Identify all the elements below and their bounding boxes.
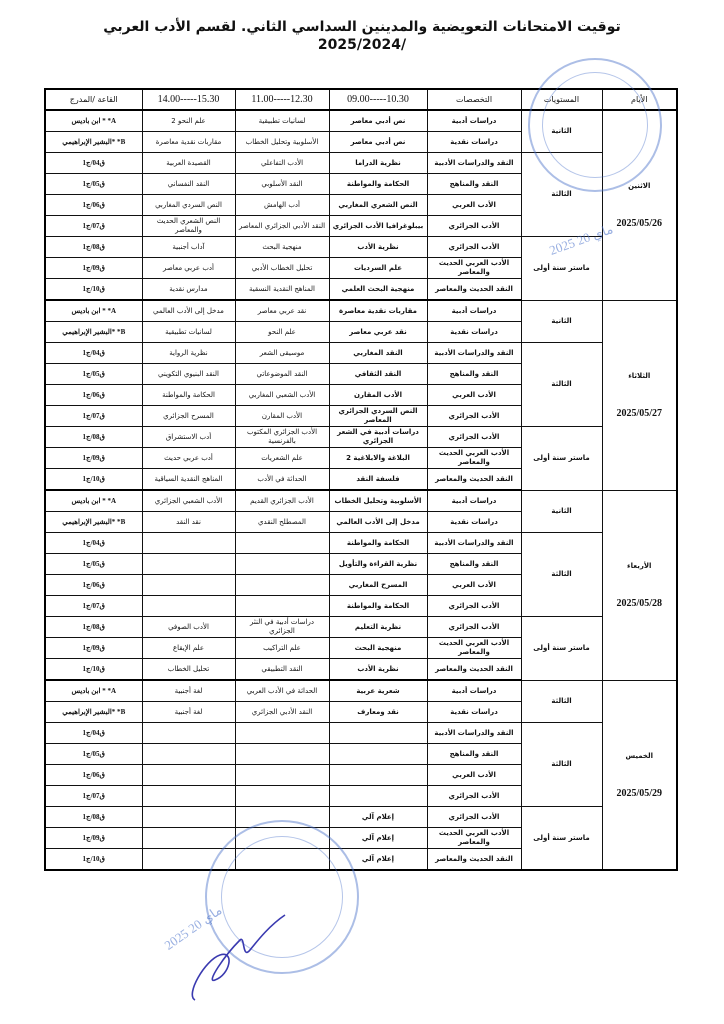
slot-3-cell [142, 533, 235, 554]
day-name: الخميس [625, 752, 653, 760]
slot-3-cell: أدب عربي حديث [142, 448, 235, 469]
slot-3-cell: مدارس نقدية [142, 279, 235, 301]
specialty-cell: الأدب العربي الحديث والمعاصر [427, 448, 521, 469]
room-cell: A* * ابن باديس [45, 490, 142, 512]
specialty-cell: النقد والمناهج [427, 554, 521, 575]
specialty-cell: دراسات أدبية [427, 490, 521, 512]
day-name: الأربعاء [627, 562, 651, 570]
table-row: ماستر سنة أولىالأدب الجزائرينظرية التعلي… [45, 617, 677, 638]
table-row: ماستر سنة أولىالأدب الجزائرينظرية الأدبم… [45, 237, 677, 258]
specialty-cell: النقد والمناهج [427, 744, 521, 765]
document-title: توقيت الامتحانات التعويضية والمدينين الس… [0, 18, 724, 54]
table-row: ماستر سنة أولىالأدب الجزائريإعلام آليق08… [45, 807, 677, 828]
slot-2-cell [235, 828, 329, 849]
header-specialties: التخصصات [427, 89, 521, 110]
room-cell: ق05/ج1 [45, 364, 142, 385]
slot-1-cell: إعلام آلي [329, 849, 427, 871]
room-cell: B* *البشير الإبراهيمي [45, 322, 142, 343]
room-cell: ق06/ج1 [45, 385, 142, 406]
slot-2-cell: الأسلوبية وتحليل الخطاب [235, 132, 329, 153]
specialty-cell: دراسات نقدية [427, 702, 521, 723]
room-cell: A* * ابن باديس [45, 300, 142, 322]
specialty-cell: الأدب الجزائري [427, 237, 521, 258]
slot-3-cell: أدب عربي معاصر [142, 258, 235, 279]
room-cell: B* *البشير الإبراهيمي [45, 512, 142, 533]
slot-1-cell [329, 765, 427, 786]
room-cell: ق04/ج1 [45, 533, 142, 554]
slot-2-cell: أدب الهامش [235, 195, 329, 216]
specialty-cell: النقد والدراسات الأدبية [427, 533, 521, 554]
day-cell: الثلاثاء2025/05/27 [602, 300, 677, 490]
day-date: 2025/05/29 [605, 789, 675, 798]
specialty-cell: النقد والدراسات الأدبية [427, 153, 521, 174]
specialty-cell: النقد والمناهج [427, 364, 521, 385]
slot-1-cell: إعلام آلي [329, 807, 427, 828]
slot-1-cell: المسرح المغاربي [329, 575, 427, 596]
header-days: الأيام [602, 89, 677, 110]
room-cell: ق07/ج1 [45, 596, 142, 617]
table-row: الثلاثاء2025/05/27الثانيةدراسات أدبيةمقا… [45, 300, 677, 322]
level-cell: الثالثة [521, 723, 602, 807]
slot-3-cell: النص السردي المغاربي [142, 195, 235, 216]
slot-2-cell [235, 723, 329, 744]
level-cell: الثانية [521, 300, 602, 343]
slot-2-cell [235, 849, 329, 871]
slot-1-cell [329, 744, 427, 765]
slot-1-cell: نظرية الأدب [329, 659, 427, 681]
slot-1-cell: نظرية الأدب [329, 237, 427, 258]
slot-3-cell [142, 765, 235, 786]
slot-1-cell: شعرية عربية [329, 680, 427, 702]
slot-3-cell [142, 554, 235, 575]
slot-2-cell: منهجية البحث [235, 237, 329, 258]
level-cell: ماستر سنة أولى [521, 617, 602, 681]
slot-3-cell: مدخل إلى الأدب العالمي [142, 300, 235, 322]
table-row: الثالثةالنقد والدراسات الأدبيةالحكامة وا… [45, 533, 677, 554]
slot-3-cell: لغة أجنبية [142, 680, 235, 702]
slot-1-cell: الحكامة والمواطنة [329, 174, 427, 195]
specialty-cell: الأدب العربي [427, 195, 521, 216]
slot-1-cell: علم السرديات [329, 258, 427, 279]
slot-2-cell [235, 807, 329, 828]
slot-3-cell: المناهج النقدية السياقية [142, 469, 235, 491]
slot-2-cell: موسيقى الشعر [235, 343, 329, 364]
slot-2-cell: النقد الأسلوبي [235, 174, 329, 195]
slot-1-cell: نظرية التعليم [329, 617, 427, 638]
level-cell: ماستر سنة أولى [521, 237, 602, 301]
header-slot-2: 12.30-----11.00 [235, 89, 329, 110]
slot-1-cell: الأدب المقارن [329, 385, 427, 406]
slot-2-cell: النقد الأدبي الجزائري [235, 702, 329, 723]
specialty-cell: دراسات نقدية [427, 132, 521, 153]
slot-2-cell [235, 744, 329, 765]
specialty-cell: الأدب العربي الحديث والمعاصر [427, 258, 521, 279]
slot-3-cell: أدب الاستشراق [142, 427, 235, 448]
room-cell: A* * ابن باديس [45, 110, 142, 132]
day-date: 2025/05/26 [605, 219, 675, 228]
specialty-cell: دراسات نقدية [427, 512, 521, 533]
header-levels: المستويات [521, 89, 602, 110]
table-row: الأربعاء2025/05/28الثانيةدراسات أدبيةالأ… [45, 490, 677, 512]
specialty-cell: دراسات أدبية [427, 110, 521, 132]
slot-1-cell: بيبلوغرافيا الأدب الجزائري [329, 216, 427, 237]
specialty-cell: النقد الحديث والمعاصر [427, 279, 521, 301]
room-cell: ق06/ج1 [45, 195, 142, 216]
slot-3-cell: تحليل الخطاب [142, 659, 235, 681]
slot-2-cell: النقد الأدبي الجزائري المعاصر [235, 216, 329, 237]
slot-2-cell: علم النحو [235, 322, 329, 343]
slot-3-cell: الأدب الشعبي الجزائري [142, 490, 235, 512]
room-cell: ق10/ج1 [45, 849, 142, 871]
slot-2-cell [235, 786, 329, 807]
slot-1-cell: الحكامة والمواطنة [329, 533, 427, 554]
room-cell: ق09/ج1 [45, 828, 142, 849]
slot-2-cell: الأدب الجزائري القديم [235, 490, 329, 512]
table-row: الثالثةالنقد والدراسات الأدبيةق04/ج1 [45, 723, 677, 744]
slot-3-cell: نقد النقد [142, 512, 235, 533]
exam-schedule-table: الأيام المستويات التخصصات 10.30-----09.0… [44, 88, 678, 871]
room-cell: ق07/ج1 [45, 216, 142, 237]
slot-2-cell: الأدب الشعبي المغاربي [235, 385, 329, 406]
slot-1-cell: الأسلوبية وتحليل الخطاب [329, 490, 427, 512]
slot-2-cell: علم التراكيب [235, 638, 329, 659]
room-cell: ق05/ج1 [45, 744, 142, 765]
room-cell: ق10/ج1 [45, 659, 142, 681]
room-cell: ق04/ج1 [45, 153, 142, 174]
slot-1-cell: النقد الثقافي [329, 364, 427, 385]
level-cell: الثالثة [521, 153, 602, 237]
slot-1-cell [329, 723, 427, 744]
room-cell: A* * ابن باديس [45, 680, 142, 702]
slot-3-cell: لغة أجنبية [142, 702, 235, 723]
slot-3-cell: النقد النفساني [142, 174, 235, 195]
slot-3-cell [142, 849, 235, 871]
level-cell: الثالثة [521, 680, 602, 723]
slot-2-cell: المناهج النقدية النسقية [235, 279, 329, 301]
slot-3-cell: النص الشعري الحديث والمعاصر [142, 216, 235, 237]
room-cell: ق06/ج1 [45, 575, 142, 596]
slot-3-cell [142, 744, 235, 765]
room-cell: ق08/ج1 [45, 237, 142, 258]
room-cell: ق09/ج1 [45, 638, 142, 659]
level-cell: الثانية [521, 490, 602, 533]
specialty-cell: النقد والمناهج [427, 174, 521, 195]
room-cell: ق10/ج1 [45, 469, 142, 491]
slot-3-cell: القصيدة العربية [142, 153, 235, 174]
room-cell: ق06/ج1 [45, 765, 142, 786]
level-cell: ماستر سنة أولى [521, 427, 602, 491]
specialty-cell: النقد الحديث والمعاصر [427, 659, 521, 681]
slot-3-cell: المسرح الجزائري [142, 406, 235, 427]
room-cell: ق10/ج1 [45, 279, 142, 301]
slot-3-cell: مقاربات نقدية معاصرة [142, 132, 235, 153]
room-cell: ق05/ج1 [45, 174, 142, 195]
room-cell: ق08/ج1 [45, 427, 142, 448]
slot-2-cell: علم الشعريات [235, 448, 329, 469]
specialty-cell: دراسات أدبية [427, 680, 521, 702]
header-room: القاعة /المدرج [45, 89, 142, 110]
slot-3-cell [142, 786, 235, 807]
slot-3-cell: علم الإيقاع [142, 638, 235, 659]
slot-1-cell: مدخل إلى الأدب العالمي [329, 512, 427, 533]
slot-2-cell: النقد الموضوعاتي [235, 364, 329, 385]
specialty-cell: الأدب الجزائري [427, 427, 521, 448]
slot-2-cell [235, 554, 329, 575]
room-cell: ق09/ج1 [45, 258, 142, 279]
header-slot-3: 15.30-----14.00 [142, 89, 235, 110]
slot-1-cell: نص أدبي معاصر [329, 132, 427, 153]
day-date: 2025/05/27 [605, 409, 675, 418]
slot-1-cell: دراسات أدبية في الشعر الجزائري [329, 427, 427, 448]
header-row: الأيام المستويات التخصصات 10.30-----09.0… [45, 89, 677, 110]
slot-1-cell: منهجية البحث العلمي [329, 279, 427, 301]
specialty-cell: الأدب العربي الحديث والمعاصر [427, 828, 521, 849]
specialty-cell: الأدب الجزائري [427, 596, 521, 617]
specialty-cell: الأدب العربي [427, 765, 521, 786]
date-stamp-bottom: 2025 ماي 20 [161, 902, 225, 953]
slot-3-cell: نظرية الرواية [142, 343, 235, 364]
slot-2-cell: تحليل الخطاب الأدبي [235, 258, 329, 279]
slot-3-cell [142, 596, 235, 617]
slot-2-cell: لسانيات تطبيقية [235, 110, 329, 132]
slot-2-cell: الحداثة في الأدب العربي [235, 680, 329, 702]
slot-1-cell: نص أدبي معاصر [329, 110, 427, 132]
specialty-cell: الأدب العربي [427, 575, 521, 596]
room-cell: B* *البشير الإبراهيمي [45, 132, 142, 153]
slot-2-cell: الأدب التفاعلي [235, 153, 329, 174]
day-name: الاثنين [628, 182, 650, 190]
day-cell: الأربعاء2025/05/28 [602, 490, 677, 680]
slot-1-cell: النقد المغاربي [329, 343, 427, 364]
slot-1-cell: نقد ومعارف [329, 702, 427, 723]
level-cell: ماستر سنة أولى [521, 807, 602, 871]
slot-1-cell: مقاربات نقدية معاصرة [329, 300, 427, 322]
day-name: الثلاثاء [628, 372, 650, 380]
day-cell: الخميس2025/05/29 [602, 680, 677, 870]
specialty-cell: الأدب العربي [427, 385, 521, 406]
slot-2-cell: الأدب الجزائري المكتوب بالفرنسية [235, 427, 329, 448]
specialty-cell: الأدب الجزائري [427, 617, 521, 638]
slot-3-cell [142, 575, 235, 596]
specialty-cell: الأدب الجزائري [427, 786, 521, 807]
specialty-cell: دراسات نقدية [427, 322, 521, 343]
slot-3-cell [142, 807, 235, 828]
slot-3-cell: الحكامة والمواطنة [142, 385, 235, 406]
slot-3-cell: آداب أجنبية [142, 237, 235, 258]
table-row: الثالثةالنقد والدراسات الأدبيةنظرية الدر… [45, 153, 677, 174]
specialty-cell: النقد والدراسات الأدبية [427, 723, 521, 744]
table-row: ماستر سنة أولىالأدب الجزائريدراسات أدبية… [45, 427, 677, 448]
title-line-2: 2025/2024/ [0, 36, 724, 54]
day-cell: الاثنين2025/05/26 [602, 110, 677, 300]
schedule-body: الاثنين2025/05/26الثانيةدراسات أدبيةنص أ… [45, 110, 677, 870]
slot-3-cell [142, 828, 235, 849]
specialty-cell: الأدب الجزائري [427, 406, 521, 427]
specialty-cell: الأدب الجزائري [427, 216, 521, 237]
slot-2-cell: الأدب المقارن [235, 406, 329, 427]
specialty-cell: دراسات أدبية [427, 300, 521, 322]
level-cell: الثانية [521, 110, 602, 153]
slot-2-cell: دراسات أدبية في النثر الجزائري [235, 617, 329, 638]
slot-2-cell [235, 575, 329, 596]
slot-2-cell [235, 765, 329, 786]
room-cell: ق04/ج1 [45, 723, 142, 744]
specialty-cell: النقد الحديث والمعاصر [427, 849, 521, 871]
slot-3-cell: لسانيات تطبيقية [142, 322, 235, 343]
signature-icon [180, 900, 290, 1010]
slot-3-cell: الأدب الصوفي [142, 617, 235, 638]
room-cell: ق04/ج1 [45, 343, 142, 364]
room-cell: ق08/ج1 [45, 807, 142, 828]
room-cell: ق05/ج1 [45, 554, 142, 575]
slot-2-cell: نقد عربي معاصر [235, 300, 329, 322]
room-cell: ق09/ج1 [45, 448, 142, 469]
room-cell: ق07/ج1 [45, 786, 142, 807]
slot-1-cell: فلسفة النقد [329, 469, 427, 491]
slot-2-cell [235, 596, 329, 617]
room-cell: ق08/ج1 [45, 617, 142, 638]
specialty-cell: الأدب الجزائري [427, 807, 521, 828]
slot-1-cell: نظرية القراءة والتأويل [329, 554, 427, 575]
level-cell: الثالثة [521, 343, 602, 427]
room-cell: B* *البشير الإبراهيمي [45, 702, 142, 723]
slot-3-cell: علم النحو 2 [142, 110, 235, 132]
slot-2-cell: النقد التطبيقي [235, 659, 329, 681]
slot-1-cell: النص السردي الجزائري المعاصر [329, 406, 427, 427]
slot-1-cell: البلاغة والابلاغية 2 [329, 448, 427, 469]
table-row: الاثنين2025/05/26الثانيةدراسات أدبيةنص أ… [45, 110, 677, 132]
slot-3-cell: النقد البنيوي التكويني [142, 364, 235, 385]
slot-1-cell: إعلام آلي [329, 828, 427, 849]
slot-1-cell: النص الشعري المغاربي [329, 195, 427, 216]
slot-1-cell: منهجية البحث [329, 638, 427, 659]
slot-3-cell [142, 723, 235, 744]
header-slot-1: 10.30-----09.00 [329, 89, 427, 110]
specialty-cell: النقد والدراسات الأدبية [427, 343, 521, 364]
slot-1-cell: نقد عربي معاصر [329, 322, 427, 343]
table-row: الخميس2025/05/29الثالثةدراسات أدبيةشعرية… [45, 680, 677, 702]
slot-1-cell: الحكامة والمواطنة [329, 596, 427, 617]
table-row: الثالثةالنقد والدراسات الأدبيةالنقد المغ… [45, 343, 677, 364]
title-line-1: توقيت الامتحانات التعويضية والمدينين الس… [103, 19, 621, 35]
day-date: 2025/05/28 [605, 599, 675, 608]
level-cell: الثالثة [521, 533, 602, 617]
slot-2-cell: الحداثة في الأدب [235, 469, 329, 491]
room-cell: ق07/ج1 [45, 406, 142, 427]
slot-2-cell: المصطلح النقدي [235, 512, 329, 533]
slot-1-cell: نظرية الدراما [329, 153, 427, 174]
slot-2-cell [235, 533, 329, 554]
specialty-cell: الأدب العربي الحديث والمعاصر [427, 638, 521, 659]
slot-1-cell [329, 786, 427, 807]
specialty-cell: النقد الحديث والمعاصر [427, 469, 521, 491]
